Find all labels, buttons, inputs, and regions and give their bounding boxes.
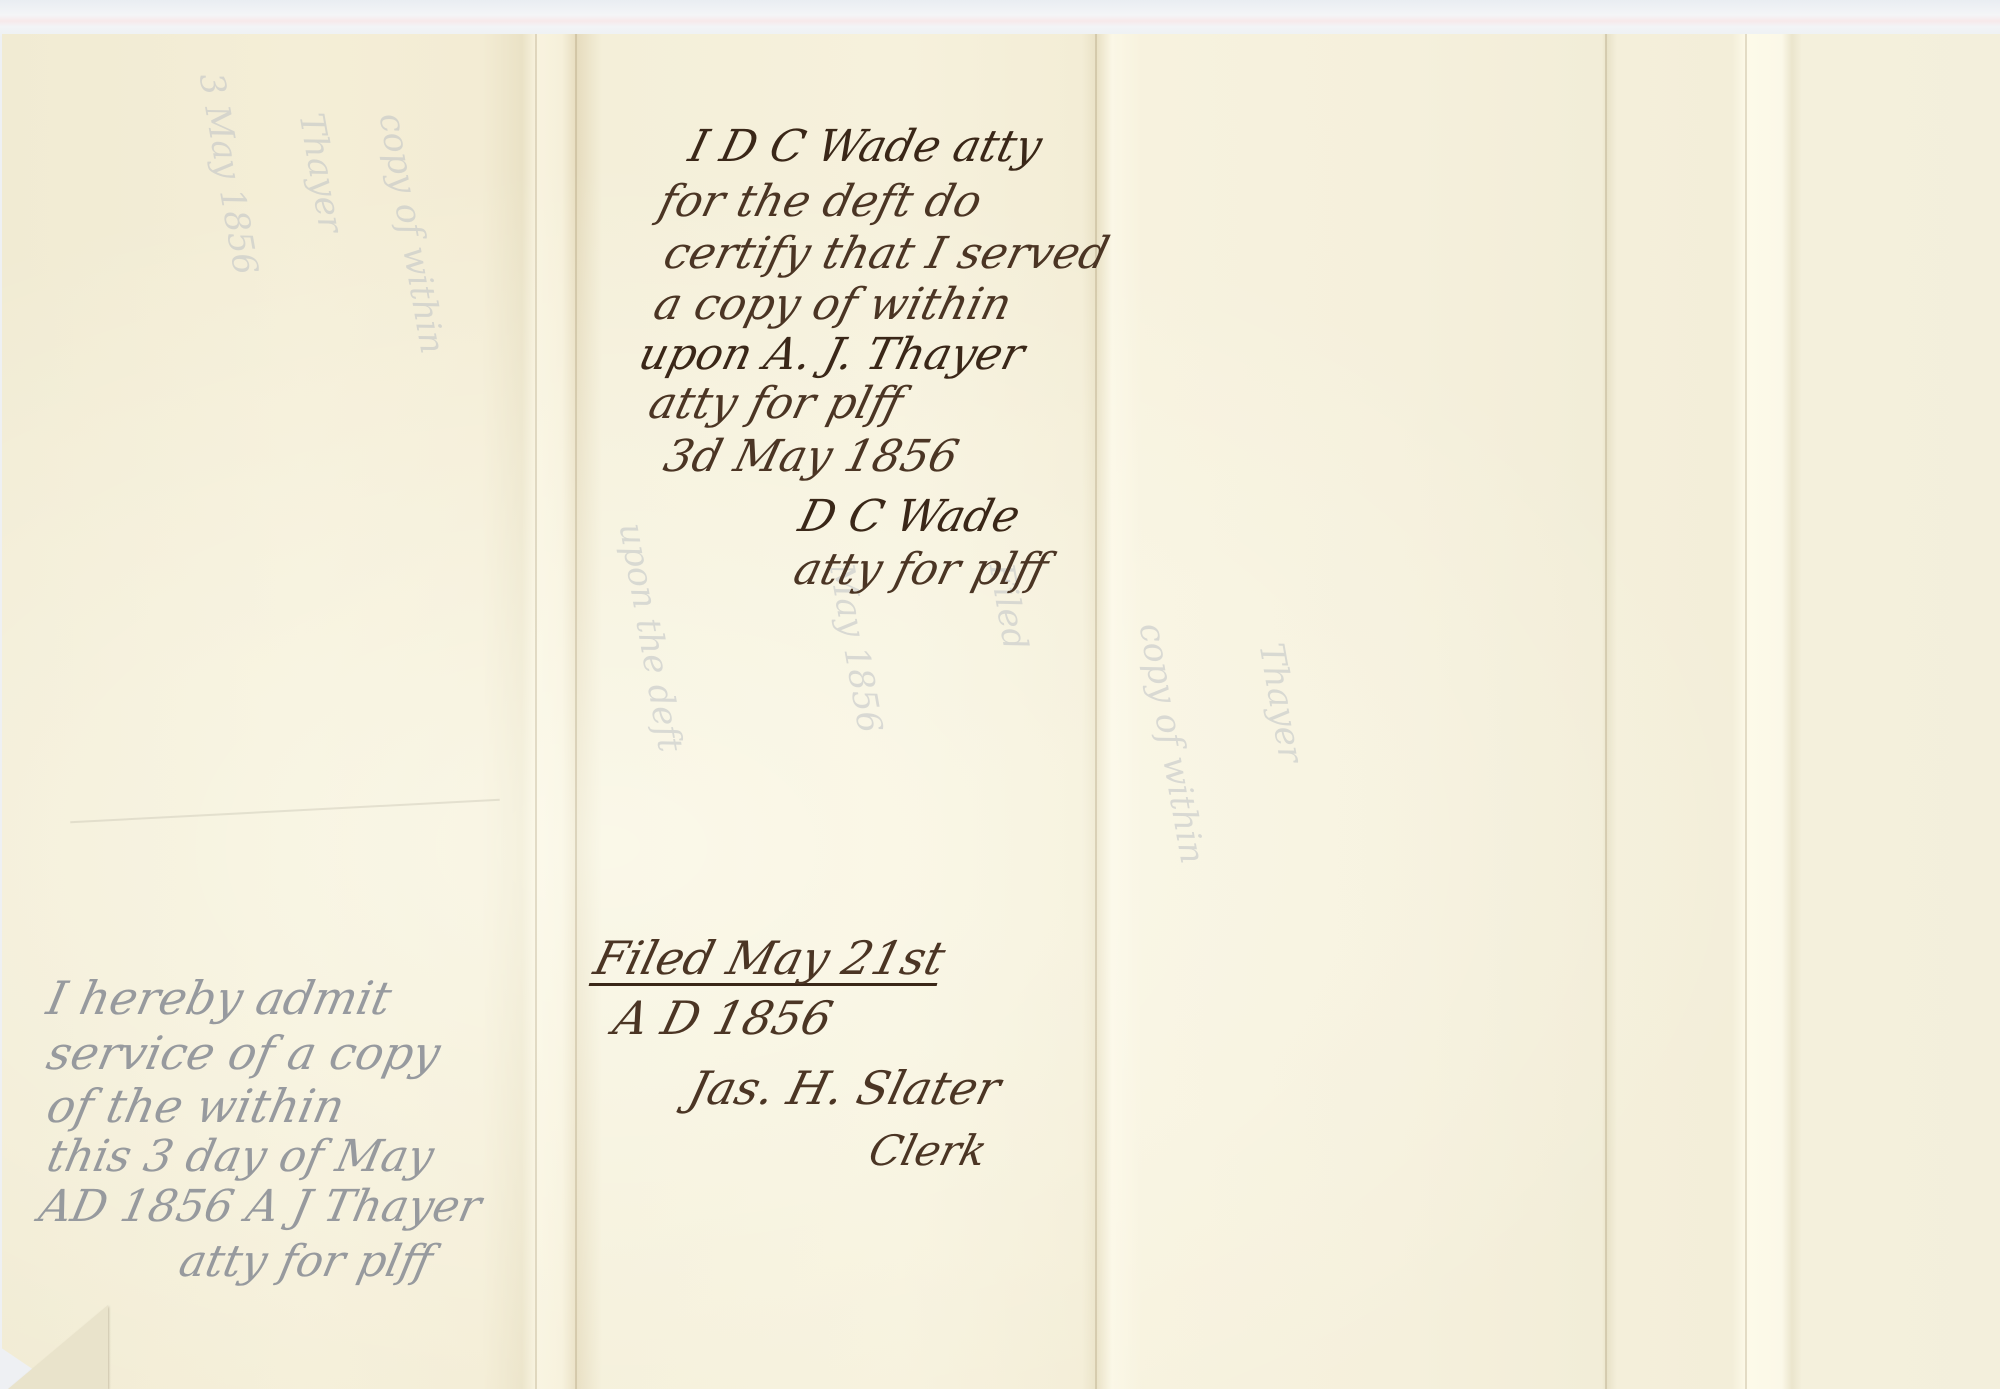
clerk-signature: Jas. H. Slater xyxy=(684,1065,1005,1111)
fold-crease xyxy=(535,34,537,1389)
fold-crease xyxy=(1605,34,1607,1389)
clerk-title: Clerk xyxy=(865,1130,991,1172)
fold-crease xyxy=(575,34,577,1389)
scanner-background xyxy=(0,0,2000,38)
certificate-date: 3d May 1856 xyxy=(660,435,963,479)
certificate-line: atty for plff xyxy=(645,382,908,426)
certificate-line: for the deft do xyxy=(655,180,987,224)
certificate-line: upon A. J. Thayer xyxy=(635,333,1029,377)
certificate-signature: D C Wade xyxy=(795,495,1025,539)
admission-line: service of a copy xyxy=(43,1030,444,1076)
filed-date-line: Filed May 21st xyxy=(589,935,950,986)
certificate-signature-title: atty for plff xyxy=(790,548,1053,592)
admission-line: I hereby admit xyxy=(43,975,395,1021)
certificate-line: certify that I served xyxy=(660,232,1114,276)
fold-crease xyxy=(1745,34,1747,1389)
filed-year-line: A D 1856 xyxy=(609,995,837,1041)
admission-line: AD 1856 A J Thayer xyxy=(35,1185,485,1229)
certificate-line: a copy of within xyxy=(650,283,1016,327)
admission-line: this 3 day of May xyxy=(43,1135,437,1179)
admission-line: atty for plff xyxy=(175,1240,436,1284)
admission-line: of the within xyxy=(43,1083,349,1129)
certificate-line: I D C Wade atty xyxy=(685,125,1047,169)
folded-corner xyxy=(8,1305,108,1389)
